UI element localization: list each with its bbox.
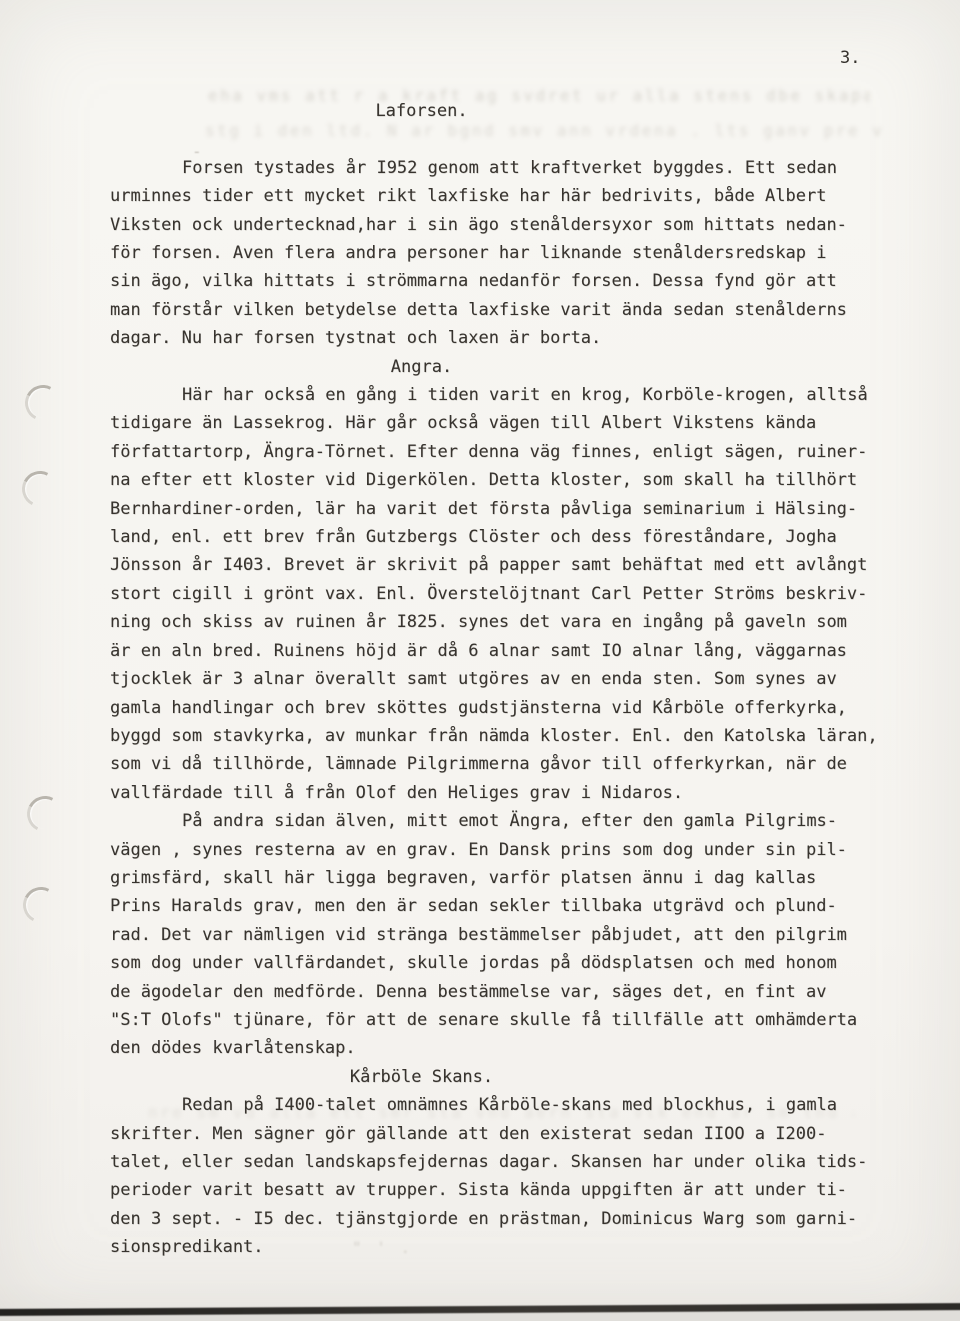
punch-hole-mark xyxy=(20,380,65,425)
paragraph-laforsen: Forsen tystades år I952 genom att kraftv… xyxy=(110,154,898,353)
section-heading-laforsen: Laforsen. xyxy=(110,97,733,125)
section-heading-karbole-skans: Kårböle Skans. xyxy=(110,1063,733,1091)
punch-hole-mark xyxy=(18,882,63,927)
scanned-document-page: 3. eha vms att r a kraft ag svdret ur al… xyxy=(0,0,960,1321)
paragraph-angra-1: Här har också en gång i tiden varit en k… xyxy=(110,381,898,807)
punch-hole-mark xyxy=(17,466,62,511)
section-heading-angra: Angra. xyxy=(110,353,733,381)
paragraph-angra-2: På andra sidan älven, mitt emot Ängra, e… xyxy=(110,807,898,1063)
punch-hole-mark xyxy=(22,791,67,836)
page-number: 3. xyxy=(840,48,860,68)
document-body: Laforsen. Forsen tystades år I952 genom … xyxy=(110,97,898,1262)
paragraph-karbole-skans: Redan på I400-talet omnämnes Kårböle-ska… xyxy=(110,1091,898,1261)
